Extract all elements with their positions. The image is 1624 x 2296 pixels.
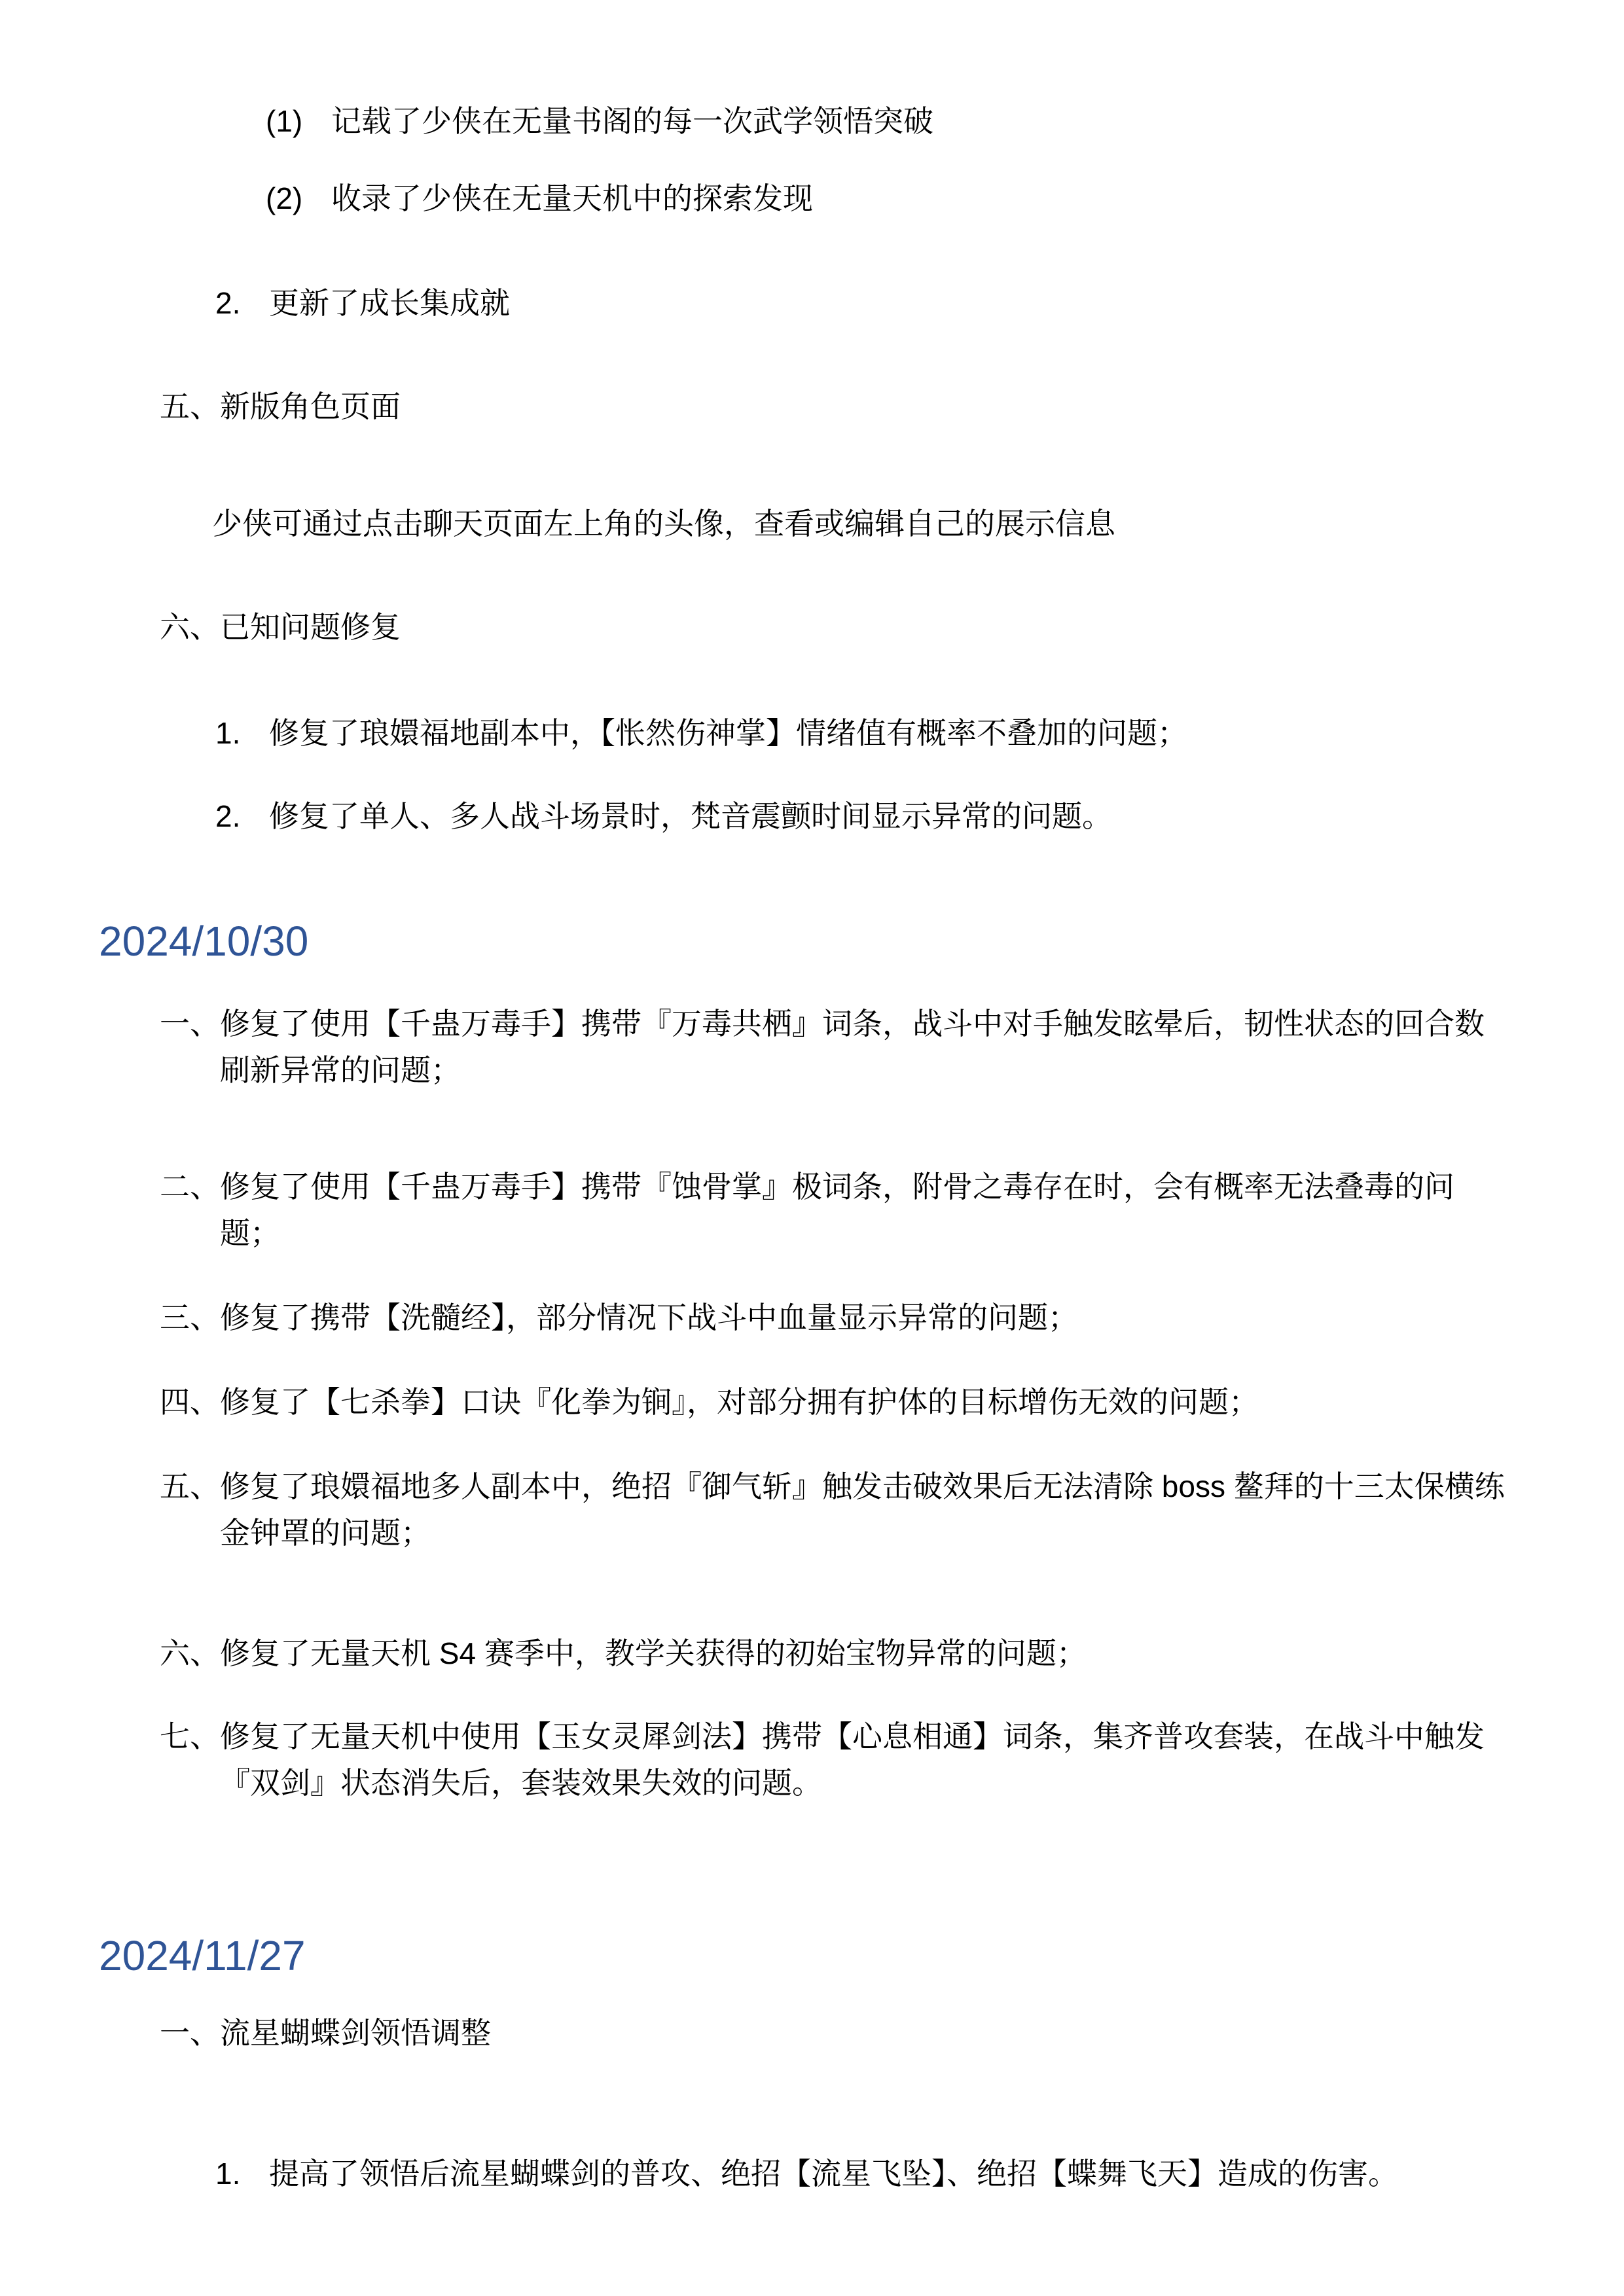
list-item-text: 修复了携带【洗髓经】，部分情况下战斗中血量显示异常的问题； <box>220 1300 1078 1335</box>
list-marker: 1. <box>215 2151 269 2197</box>
patch-item-7: 七、修复了无量天机中使用【玉女灵犀剑法】携带【心息相通】词条，集齐普攻套装，在战… <box>160 1713 1513 1806</box>
patch-item-6: 六、修复了无量天机 S4 赛季中，教学关获得的初始宝物异常的问题； <box>160 1630 1513 1677</box>
list-item-text: 修复了无量天机 S4 赛季中，教学关获得的初始宝物异常的问题； <box>220 1636 1087 1670</box>
list-marker: 一、 <box>160 1007 220 1041</box>
list-item-num-2: 2.更新了成长集成就 <box>215 280 1513 327</box>
list-marker: 2. <box>215 280 269 327</box>
list-marker: (2) <box>266 175 331 222</box>
list-item-text: 记载了少侠在无量书阁的每一次武学领悟突破 <box>331 104 933 138</box>
adjust-item-1: 1.提高了领悟后流星蝴蝶剑的普攻、绝招【流星飞坠】、绝招【蝶舞飞天】造成的伤害。 <box>215 2151 1513 2197</box>
list-marker: 四、 <box>160 1385 220 1419</box>
list-item-text: 收录了少侠在无量天机中的探索发现 <box>331 181 813 215</box>
outline-heading-six: 六、已知问题修复 <box>160 604 1513 651</box>
fix-item-2: 2.修复了单人、多人战斗场景时，梵音震颤时间显示异常的问题。 <box>215 793 1513 840</box>
list-item-text: 修复了使用【千蛊万毒手】携带『蚀骨掌』极词条，附骨之毒存在时，会有概率无法叠毒的… <box>220 1170 1454 1250</box>
outline-heading-five: 五、新版角色页面 <box>160 384 1513 430</box>
patch-item-1: 一、修复了使用【千蛊万毒手】携带『万毒共栖』词条，战斗中对手触发眩晕后，韧性状态… <box>160 1001 1513 1094</box>
list-item-text: 提高了领悟后流星蝴蝶剑的普攻、绝招【流星飞坠】、绝招【蝶舞飞天】造成的伤害。 <box>269 2157 1398 2191</box>
list-item-text: 修复了琅嬛福地多人副本中，绝招『御气斩』触发击破效果后无法清除 boss 鳌拜的… <box>220 1469 1505 1550</box>
list-marker: 六、 <box>160 1636 220 1670</box>
document-page: (1)记载了少侠在无量书阁的每一次武学领悟突破 (2)收录了少侠在无量天机中的探… <box>0 0 1624 2296</box>
list-item-text: 修复了琅嬛福地副本中，【怅然伤神掌】情绪值有概率不叠加的问题； <box>269 716 1187 750</box>
list-item-text: 修复了单人、多人战斗场景时，梵音震颤时间显示异常的问题。 <box>269 799 1112 833</box>
list-item-text: 修复了使用【千蛊万毒手】携带『万毒共栖』词条，战斗中对手触发眩晕后，韧性状态的回… <box>220 1007 1485 1087</box>
list-marker: 2. <box>215 793 269 840</box>
patch-item-3: 三、修复了携带【洗髓经】，部分情况下战斗中血量显示异常的问题； <box>160 1295 1513 1341</box>
date-heading-2024-10-30: 2024/10/30 <box>99 912 1513 971</box>
adjust-subheading: 一、流星蝴蝶剑领悟调整 <box>160 2010 1513 2056</box>
patch-item-4: 四、修复了【七杀拳】口诀『化拳为锏』，对部分拥有护体的目标增伤无效的问题； <box>160 1379 1513 1426</box>
list-marker: 七、 <box>160 1719 220 1753</box>
list-marker: 二、 <box>160 1170 220 1204</box>
fix-item-1: 1.修复了琅嬛福地副本中，【怅然伤神掌】情绪值有概率不叠加的问题； <box>215 710 1513 757</box>
list-marker: 1. <box>215 710 269 757</box>
date-heading-2024-11-27: 2024/11/27 <box>99 1926 1513 1985</box>
list-marker: 五、 <box>160 1469 220 1503</box>
list-item-text: 修复了无量天机中使用【玉女灵犀剑法】携带【心息相通】词条，集齐普攻套装，在战斗中… <box>220 1719 1485 1800</box>
list-item-paren-2: (2)收录了少侠在无量天机中的探索发现 <box>266 175 1513 222</box>
paragraph: 少侠可通过点击聊天页面左上角的头像，查看或编辑自己的展示信息 <box>212 501 1513 547</box>
list-marker: (1) <box>266 98 331 145</box>
list-item-text: 修复了【七杀拳】口诀『化拳为锏』，对部分拥有护体的目标增伤无效的问题； <box>220 1385 1259 1419</box>
list-marker: 三、 <box>160 1300 220 1335</box>
patch-item-2: 二、修复了使用【千蛊万毒手】携带『蚀骨掌』极词条，附骨之毒存在时，会有概率无法叠… <box>160 1164 1513 1257</box>
patch-item-5: 五、修复了琅嬛福地多人副本中，绝招『御气斩』触发击破效果后无法清除 boss 鳌… <box>160 1463 1513 1556</box>
list-item-text: 更新了成长集成就 <box>269 286 510 320</box>
list-item-paren-1: (1)记载了少侠在无量书阁的每一次武学领悟突破 <box>266 98 1513 145</box>
